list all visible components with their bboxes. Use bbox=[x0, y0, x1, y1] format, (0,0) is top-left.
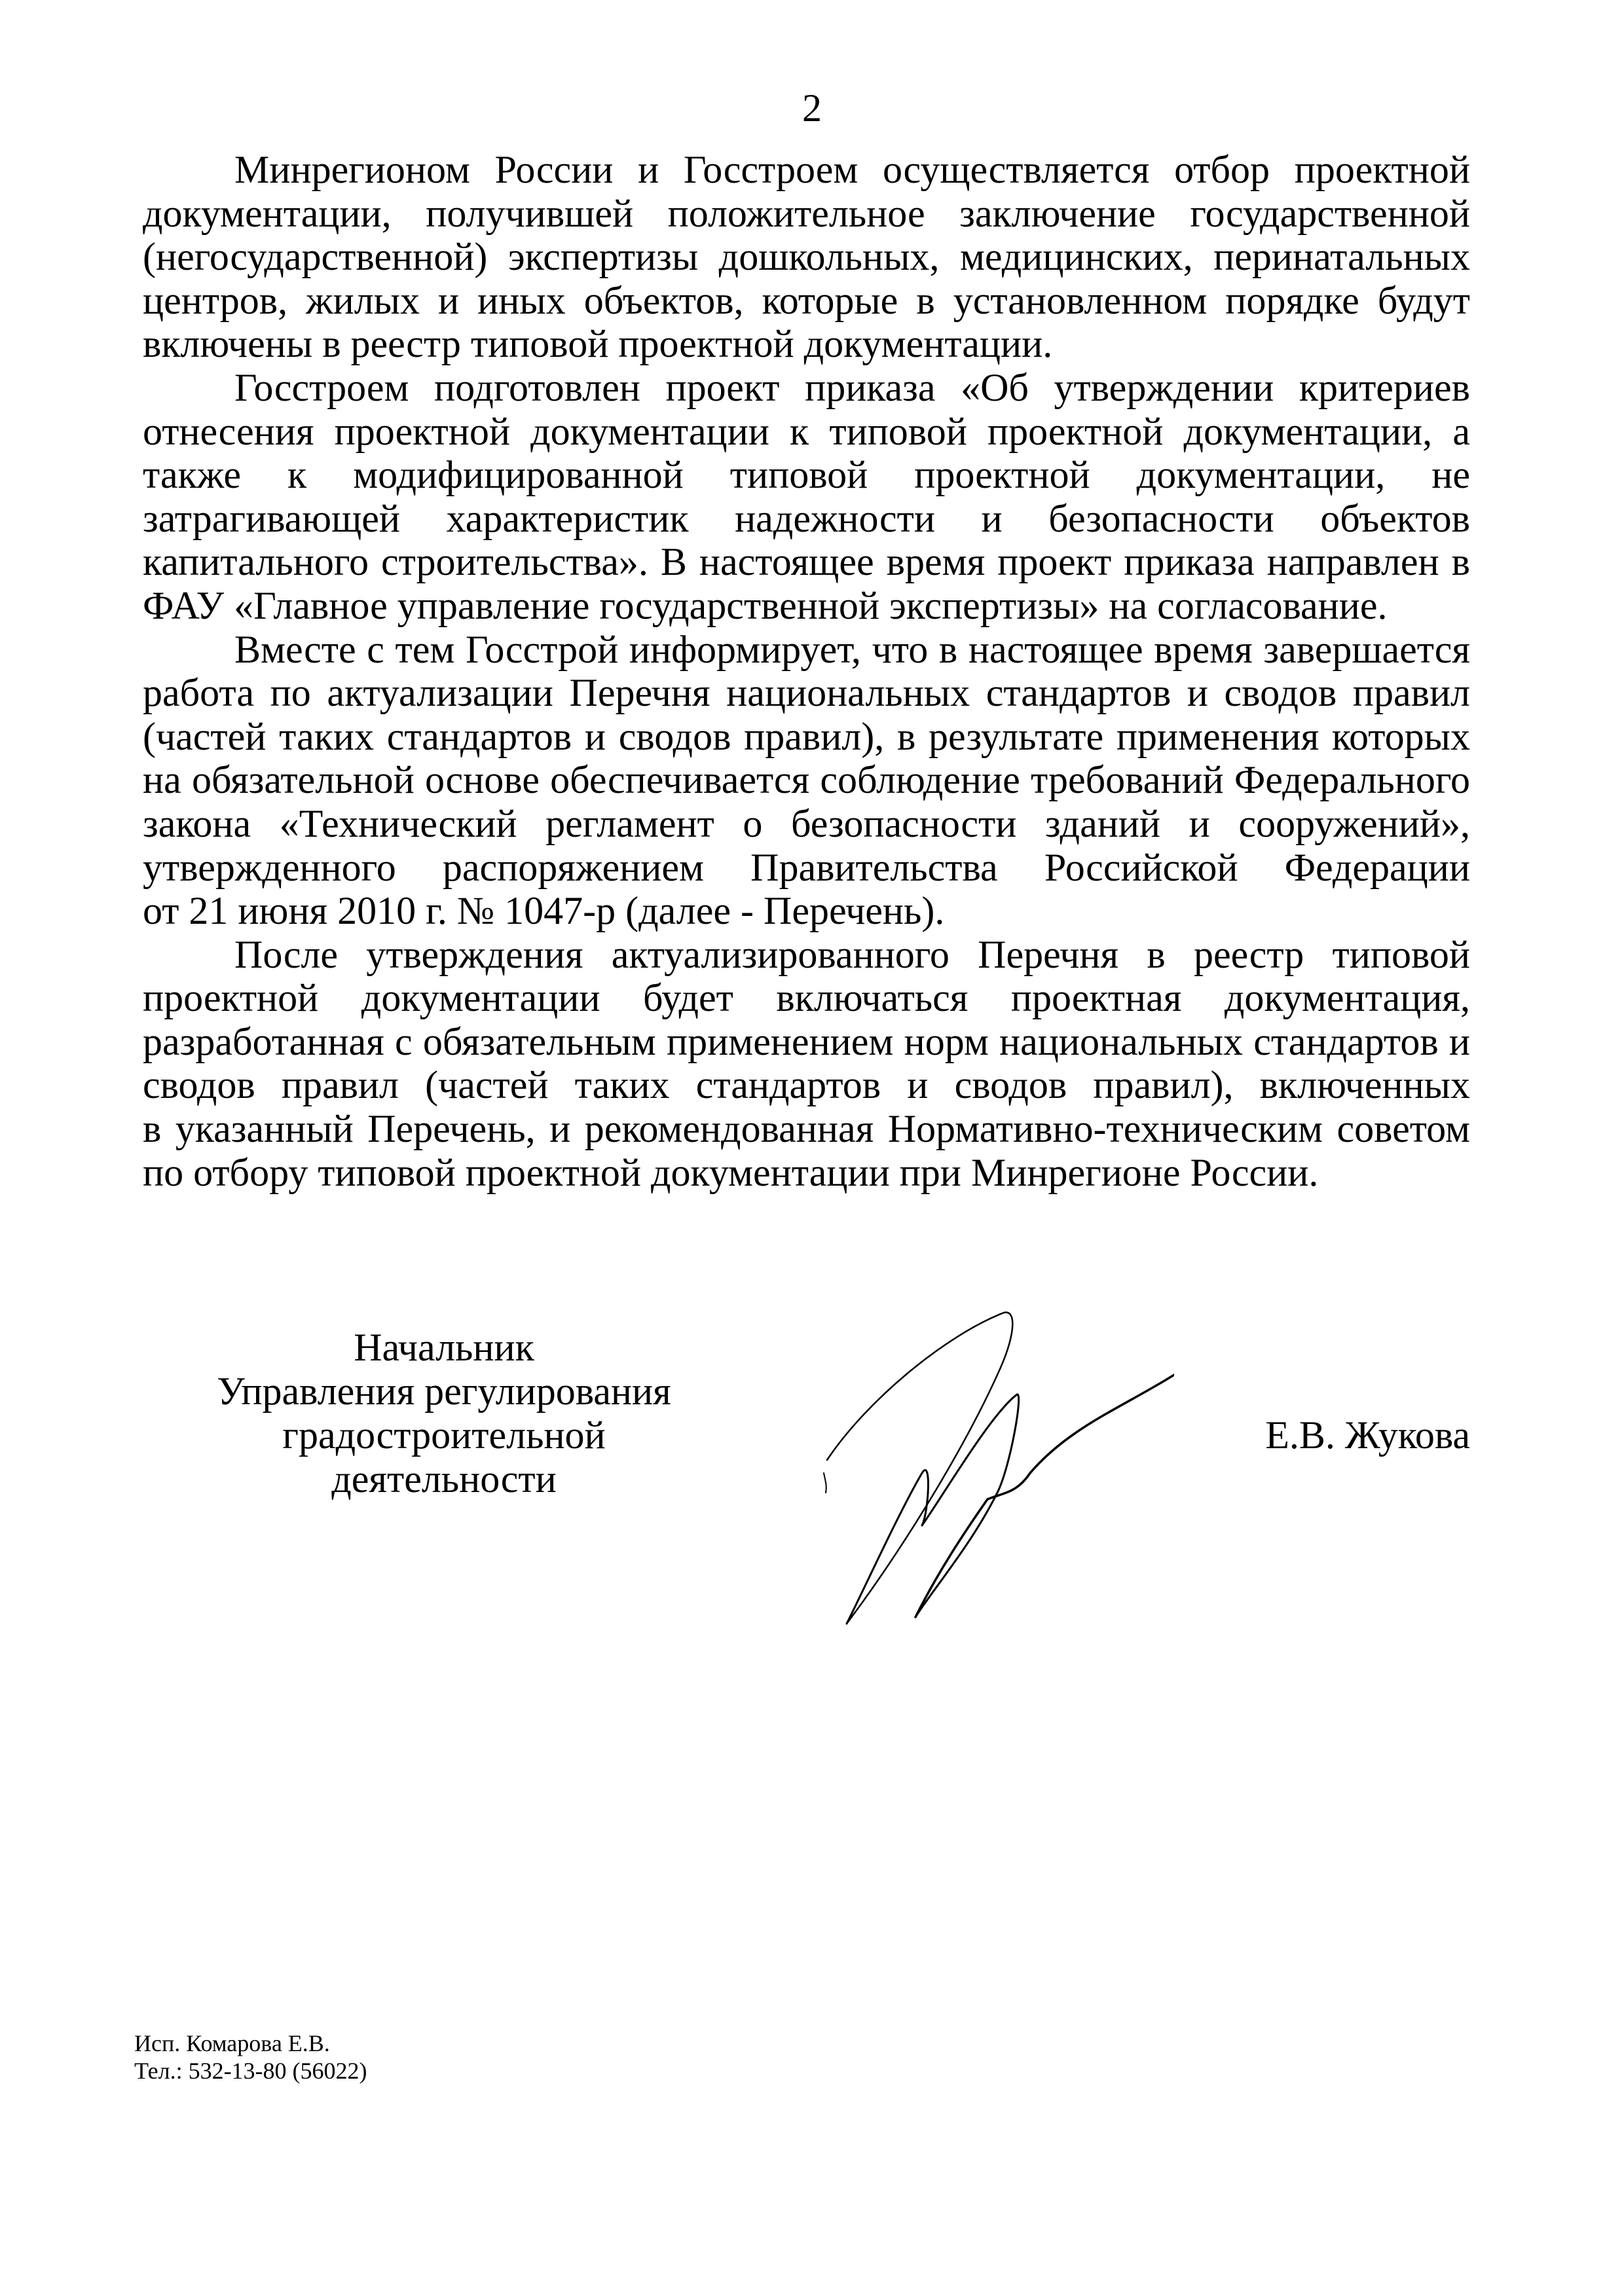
text-line: капитального строительства». В настоящее… bbox=[143, 540, 1470, 584]
handwritten-signature-icon bbox=[807, 1296, 1174, 1637]
text-line: отнесения проектной документации к типов… bbox=[143, 410, 1470, 454]
text-line: на обязательной основе обеспечивается со… bbox=[143, 758, 1470, 802]
signature-block: Начальник Управления регулирования градо… bbox=[143, 1326, 1470, 1601]
paragraph-4: После утверждения актуализированного Пер… bbox=[143, 933, 1470, 1195]
text-line: (негосударственной) экспертизы дошкольны… bbox=[143, 235, 1470, 279]
text-line: центров, жилых и иных объектов, которые … bbox=[143, 279, 1470, 323]
executor-phone: Тел.: 532-13-80 (56022) bbox=[134, 2057, 367, 2085]
text-line: Минрегионом России и Госстроем осуществл… bbox=[143, 148, 1470, 192]
text-line: (частей таких стандартов и сводов правил… bbox=[143, 715, 1470, 759]
text-line: разработанная с обязательным применением… bbox=[143, 1020, 1470, 1064]
position-line: Управления регулирования bbox=[182, 1370, 706, 1413]
executor-name: Исп. Комарова Е.В. bbox=[134, 2030, 367, 2057]
text-line: включены в реестр типовой проектной доку… bbox=[143, 322, 1470, 366]
text-line: утвержденного распоряжением Правительств… bbox=[143, 846, 1470, 890]
text-line: также к модифицированной типовой проектн… bbox=[143, 453, 1470, 497]
text-line: работа по актуализации Перечня националь… bbox=[143, 671, 1470, 715]
position-line: градостроительной деятельности bbox=[182, 1413, 706, 1501]
text-line: документации, получившей положительное з… bbox=[143, 192, 1470, 236]
signer-position: Начальник Управления регулирования градо… bbox=[182, 1326, 706, 1501]
text-line: Вместе с тем Госстрой информирует, что в… bbox=[143, 628, 1470, 672]
page-number: 2 bbox=[0, 85, 1624, 131]
executor-footer: Исп. Комарова Е.В. Тел.: 532-13-80 (5602… bbox=[134, 2030, 367, 2085]
text-line: сводов правил (частей таких стандартов и… bbox=[143, 1063, 1470, 1107]
text-line: от 21 июня 2010 г. № 1047-р (далее - Пер… bbox=[143, 889, 1470, 933]
paragraph-2: Госстроем подготовлен проект приказа «Об… bbox=[143, 366, 1470, 628]
paragraph-3: Вместе с тем Госстрой информирует, что в… bbox=[143, 628, 1470, 933]
text-line: затрагивающей характеристик надежности и… bbox=[143, 497, 1470, 541]
text-line: по отбору типовой проектной документации… bbox=[143, 1151, 1470, 1195]
text-line: После утверждения актуализированного Пер… bbox=[143, 933, 1470, 977]
text-line: закона «Технический регламент о безопасн… bbox=[143, 802, 1470, 846]
paragraph-1: Минрегионом России и Госстроем осуществл… bbox=[143, 148, 1470, 366]
text-line: в указанный Перечень, и рекомендованная … bbox=[143, 1107, 1470, 1151]
text-line: ФАУ «Главное управление государственной … bbox=[143, 584, 1470, 628]
letter-body: Минрегионом России и Госстроем осуществл… bbox=[143, 148, 1470, 1194]
position-line: Начальник bbox=[182, 1326, 706, 1370]
signer-name: Е.В. Жукова bbox=[1265, 1413, 1470, 1457]
text-line: проектной документации будет включаться … bbox=[143, 976, 1470, 1020]
text-line: Госстроем подготовлен проект приказа «Об… bbox=[143, 366, 1470, 410]
